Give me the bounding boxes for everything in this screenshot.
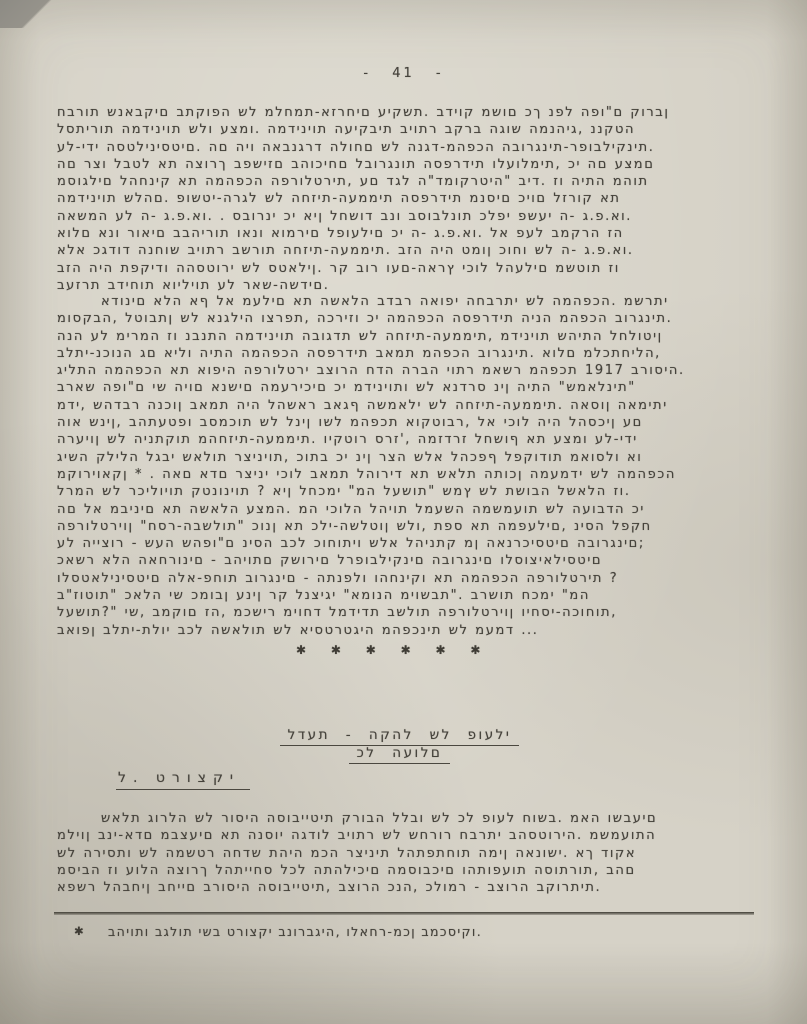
paragraph-poum-critique: חברות שנאבקים בתקופה של מלחמת-אזרחים עיק… (57, 104, 763, 294)
document-page: - 41 - חברות שנאבקים בתקופה של מלחמת-אזר… (0, 0, 807, 1024)
section-title-line2: כל העולם (349, 745, 451, 764)
paragraph-soviet-russia: שאלת גורלה של רוסיה הסובייטית קרובה ללבו… (57, 810, 763, 896)
footnote-text: בהיותו בגלות ישב טרוצקי בנורבגיה, ולאחר-… (108, 924, 748, 939)
footnote-divider (54, 912, 754, 915)
section-heading-row-2: כל העולם (0, 742, 799, 764)
footnote-asterisk-marker: ✱ (74, 924, 84, 938)
author-byline: ל. טרוצקי (116, 770, 250, 790)
author-byline-row: ל. טרוצקי (116, 767, 250, 790)
page-number: - 41 - (0, 66, 807, 81)
asterisk-separator: ✱ ✱ ✱ ✱ ✱ ✱ (296, 643, 480, 657)
paragraph-social-character: אדונים אלה אף לא מעלים את השאלה בדבר האו… (57, 293, 763, 639)
photo-corner-shadow (0, 0, 74, 28)
